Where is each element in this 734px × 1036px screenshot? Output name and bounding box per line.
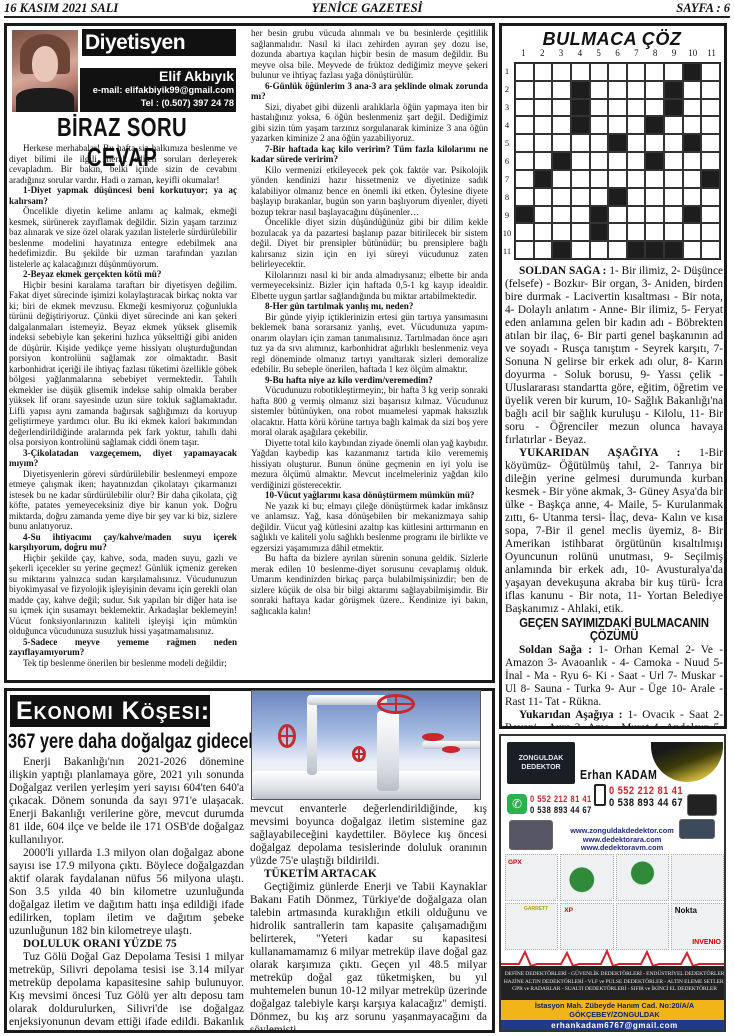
- crossword-cell[interactable]: [571, 223, 590, 241]
- crossword-cell[interactable]: [683, 81, 702, 99]
- paragraph: Vücudunuzu robotikleştirmeyin;, bir haft…: [251, 385, 488, 438]
- crossword-cell[interactable]: [590, 99, 609, 117]
- crossword-black-cell: [645, 152, 664, 170]
- section-title-diyetisyen: Diyetisyen Gözüyle:: [82, 29, 236, 56]
- issue-date: 16 KASIM 2021 SALI: [4, 1, 118, 16]
- crossword-cell[interactable]: [608, 116, 627, 134]
- crossword-black-cell: [683, 63, 702, 81]
- row-number: 8: [500, 192, 514, 202]
- author-name: Elif Akbıyık: [80, 68, 234, 84]
- gas-pipeline-photo: [251, 690, 481, 800]
- crossword-black-cell: [552, 152, 571, 170]
- crossword-grid[interactable]: [514, 62, 721, 260]
- crossword-cell[interactable]: [571, 134, 590, 152]
- crossword-cell[interactable]: [590, 134, 609, 152]
- pulse-line-decoration: [501, 948, 726, 968]
- paragraph: Tuz Gölü Doğal Gaz Depolama Tesisi 1 mil…: [9, 951, 244, 1031]
- crossword-cell[interactable]: [645, 188, 664, 206]
- crossword-cell[interactable]: [515, 241, 534, 259]
- treasure-hunter-illustration: [651, 742, 723, 782]
- product-gpr-cart: [616, 903, 669, 950]
- crossword-black-cell: [664, 241, 683, 259]
- whatsapp-icon: ✆: [507, 794, 527, 814]
- crossword-cell[interactable]: [627, 223, 646, 241]
- mobile-phone-icon: [594, 784, 606, 806]
- crossword-cell[interactable]: [683, 223, 702, 241]
- paragraph: Öncelikle diyet sizin düşündüğünüz gibi …: [251, 217, 488, 270]
- crossword-row-numbers: 1234567891011: [500, 62, 514, 260]
- crossword-cell[interactable]: [552, 116, 571, 134]
- crossword-cell[interactable]: [701, 134, 720, 152]
- crossword-black-cell: [608, 134, 627, 152]
- down-clues: 1-Bir köyümüz- Öğütülmüş tahıl, 2- Tanrı…: [505, 447, 723, 615]
- paragraph: Herkese merhabalar! Bu hafta siz halkımı…: [9, 143, 237, 185]
- column-number: 10: [683, 48, 702, 60]
- paragraph: mevcut envanterle değerlendirildiğinde, …: [250, 803, 487, 868]
- crossword-cell[interactable]: [701, 152, 720, 170]
- crossword-cell[interactable]: [627, 206, 646, 224]
- crossword-cell[interactable]: [534, 152, 553, 170]
- crossword-cell[interactable]: [552, 206, 571, 224]
- crossword-cell[interactable]: [552, 223, 571, 241]
- paragraph: Kilo vermenizi etkileyecek pek çok faktö…: [251, 165, 488, 218]
- crossword-black-cell: [515, 206, 534, 224]
- column-number: 1: [514, 48, 533, 60]
- subheading: TÜKETİM ARTACAK: [250, 868, 487, 881]
- economy-column-1: Enerji Bakanlığı'nın 2021-2026 dönemine …: [9, 756, 244, 1031]
- detector-device-image: [687, 794, 717, 816]
- row-number: 5: [500, 138, 514, 148]
- website-links: www.zonguldakdedektor.com www.dedektorar…: [557, 827, 687, 853]
- row-number: 1: [500, 66, 514, 76]
- subheading: DOLULUK ORANI YÜZDE 75: [9, 938, 244, 951]
- column-number: 3: [552, 48, 571, 60]
- crossword-cell[interactable]: [627, 134, 646, 152]
- question-heading: 10-Vücut yağlarımı kasa dönüştürmem mümk…: [251, 490, 488, 501]
- column-number: 9: [665, 48, 684, 60]
- crossword-cell[interactable]: [608, 152, 627, 170]
- crossword-cell[interactable]: [608, 81, 627, 99]
- advertiser-name: Erhan KADAM: [580, 768, 657, 782]
- crossword-cell[interactable]: [534, 63, 553, 81]
- solution-down-label: Yukarıdan Aşağıya :: [519, 709, 622, 721]
- address: İstasyon Mah. Zübeyde Hanım Cad. No:20/A…: [501, 1000, 726, 1020]
- down-label: YUKARIDAN AŞAĞIYA :: [519, 447, 680, 459]
- crossword-cell[interactable]: [664, 188, 683, 206]
- row-number: 11: [500, 246, 514, 256]
- paragraph: Öncelikle diyetin kelime anlamı aç kalma…: [9, 206, 237, 269]
- crossword-black-cell: [571, 99, 590, 117]
- paragraph: her besin grubu vücuda alınmalı ve bu be…: [251, 28, 488, 81]
- crossword-cell[interactable]: [515, 188, 534, 206]
- question-heading: 9-Bu hafta niye az kilo verdim/veremedim…: [251, 375, 488, 386]
- crossword-cell[interactable]: [534, 81, 553, 99]
- crossword-cell[interactable]: [515, 152, 534, 170]
- paragraph: Enerji Bakanlığı'nın 2021-2026 dönemine …: [9, 756, 244, 847]
- crossword-cell[interactable]: [571, 170, 590, 188]
- crossword-black-cell: [590, 223, 609, 241]
- author-photo: [12, 30, 78, 112]
- crossword-cell[interactable]: [552, 63, 571, 81]
- crossword-cell[interactable]: [664, 206, 683, 224]
- paragraph: Hiçbir şekilde çay, kahve, soda, maden s…: [9, 553, 237, 637]
- crossword-cell[interactable]: [571, 206, 590, 224]
- paragraph: Geçtiğimiz günlerde Enerji ve Tabii Kayn…: [250, 881, 487, 1031]
- crossword-cell[interactable]: [645, 63, 664, 81]
- row-number: 10: [500, 228, 514, 238]
- section-title-ekonomi: Ekonomi Köşesi:: [10, 695, 210, 727]
- paragraph: Hiçbir besini karalama taraftarı bir diy…: [9, 280, 237, 448]
- crossword-cell[interactable]: [664, 170, 683, 188]
- paragraph: Sizi, diyabet gibi düzenli aralıklarla ö…: [251, 102, 488, 144]
- crossword-cell[interactable]: [552, 81, 571, 99]
- paragraph: Diyetisyenlerin görevi sürdürülebilir be…: [9, 469, 237, 532]
- crossword-cell[interactable]: [534, 223, 553, 241]
- crossword-cell[interactable]: [683, 116, 702, 134]
- website-link[interactable]: www.dedektoravm.com: [557, 844, 687, 853]
- crossword-black-cell: [552, 241, 571, 259]
- crossword-cell[interactable]: [608, 241, 627, 259]
- column-number: 11: [702, 48, 721, 60]
- row-number: 9: [500, 210, 514, 220]
- crossword-cell[interactable]: [571, 188, 590, 206]
- crossword-cell[interactable]: [608, 99, 627, 117]
- crossword-cell[interactable]: [552, 99, 571, 117]
- crossword-cell[interactable]: [552, 170, 571, 188]
- crossword-cell[interactable]: [645, 134, 664, 152]
- column-number: 2: [533, 48, 552, 60]
- crossword-black-cell: [645, 116, 664, 134]
- crossword-cell[interactable]: [645, 99, 664, 117]
- services-list: DEFİNE DEDEKTÖRLERİ - GÜVENLİK DEDEKTÖRL…: [501, 966, 726, 1000]
- product-gold-pans: [560, 854, 613, 901]
- mobile-phone-black[interactable]: 0 538 893 44 67: [609, 797, 683, 809]
- crossword-cell[interactable]: [515, 170, 534, 188]
- crossword-cell[interactable]: [627, 188, 646, 206]
- crossword-cell[interactable]: [627, 170, 646, 188]
- column-number: 8: [646, 48, 665, 60]
- question-heading: 8-Her gün tartılmak yanlış mı, neden?: [251, 301, 488, 312]
- crossword-cell[interactable]: [534, 206, 553, 224]
- row-number: 4: [500, 120, 514, 130]
- crossword-cell[interactable]: [645, 223, 664, 241]
- detector-advertisement[interactable]: ZONGULDAK DEDEKTOR Erhan KADAM ✆ 0 552 2…: [499, 734, 726, 1032]
- crossword-cell[interactable]: [608, 63, 627, 81]
- row-number: 3: [500, 102, 514, 112]
- crossword-cell[interactable]: [701, 63, 720, 81]
- row-number: 7: [500, 174, 514, 184]
- crossword-black-cell: [608, 188, 627, 206]
- economy-headline: 367 yere daha doğalgaz gidecek: [8, 730, 242, 754]
- crossword-cell[interactable]: [627, 63, 646, 81]
- crossword-cell[interactable]: [664, 152, 683, 170]
- crossword-cell[interactable]: [590, 152, 609, 170]
- crossword-cell[interactable]: [627, 81, 646, 99]
- crossword-black-cell: [590, 206, 609, 224]
- crossword-cell[interactable]: [645, 206, 664, 224]
- crossword-cell[interactable]: [515, 134, 534, 152]
- author-phone: Tel : (0.507) 397 24 78: [80, 97, 234, 110]
- crossword-black-cell: [683, 134, 702, 152]
- crossword-cell[interactable]: [664, 116, 683, 134]
- crossword-column-numbers: 1234567891011: [514, 48, 721, 60]
- question-heading: 6-Günlük öğünlerim 3 ana-3 ara şeklinde …: [251, 81, 488, 102]
- crossword-black-cell: [571, 116, 590, 134]
- crossword-cell[interactable]: [664, 134, 683, 152]
- crossword-cell[interactable]: [590, 63, 609, 81]
- across-label: SOLDAN SAĞA :: [519, 265, 606, 277]
- detector-devices-image: [509, 820, 553, 850]
- crossword-cell[interactable]: [590, 116, 609, 134]
- row-number: 6: [500, 156, 514, 166]
- crossword-title: BULMACA ÇÖZ: [502, 29, 722, 50]
- crossword-cell[interactable]: [701, 241, 720, 259]
- diet-column-1: Herkese merhabalar! Bu hafta siz halkımı…: [9, 143, 237, 678]
- crossword-cell[interactable]: [664, 63, 683, 81]
- column-number: 4: [570, 48, 589, 60]
- crossword-cell[interactable]: [608, 223, 627, 241]
- crossword-black-cell: [571, 81, 590, 99]
- crossword-cell[interactable]: [683, 152, 702, 170]
- diet-column-2: her besin grubu vücuda alınmalı ve bu be…: [251, 28, 488, 678]
- crossword-cell[interactable]: [534, 241, 553, 259]
- zonguldak-dedektor-logo: ZONGULDAK DEDEKTOR: [507, 742, 575, 784]
- product-walkthrough: [671, 854, 724, 901]
- crossword-cell[interactable]: [515, 63, 534, 81]
- crossword-cell[interactable]: [571, 63, 590, 81]
- crossword-black-cell: [627, 241, 646, 259]
- crossword-cell[interactable]: [683, 241, 702, 259]
- mobile-phone-red[interactable]: 0 552 212 81 41: [609, 785, 683, 797]
- crossword-cell[interactable]: [664, 223, 683, 241]
- economy-column-2: mevcut envanterle değerlendirildiğinde, …: [250, 803, 487, 1031]
- paragraph: 2000'li yıllarda 1.3 milyon olan doğalga…: [9, 847, 244, 938]
- crossword-cell[interactable]: [701, 116, 720, 134]
- crossword-cell[interactable]: [701, 206, 720, 224]
- whatsapp-phone-black[interactable]: 0 538 893 44 67: [530, 805, 592, 815]
- crossword-cell[interactable]: [552, 134, 571, 152]
- product-xp: XP: [560, 903, 613, 950]
- crossword-cell[interactable]: [515, 99, 534, 117]
- question-heading: 2-Beyaz ekmek gerçekten kötü mü?: [9, 269, 237, 280]
- question-heading: 4-Su ihtiyacımı çay/kahve/maden suyu içe…: [9, 532, 237, 553]
- crossword-cell[interactable]: [590, 81, 609, 99]
- crossword-cell[interactable]: [515, 223, 534, 241]
- paragraph: Bu hafta da bizlere ayrılan sürenin sonu…: [251, 553, 488, 616]
- crossword-cell[interactable]: [515, 81, 534, 99]
- crossword-cell[interactable]: [645, 81, 664, 99]
- column-number: 6: [608, 48, 627, 60]
- product-garrett: GARRETT: [505, 903, 558, 950]
- crossword-cell[interactable]: [590, 188, 609, 206]
- across-clues: 1- Bir ilimiz, 2- Düşünce (felsefe) - Bo…: [505, 265, 723, 446]
- paragraph: Kilolarınızı nasıl ki bir anda almadıysa…: [251, 270, 488, 302]
- product-gpx: GPX: [505, 854, 558, 901]
- crossword-cell[interactable]: [552, 188, 571, 206]
- crossword-cell[interactable]: [608, 206, 627, 224]
- crossword-cell[interactable]: [590, 170, 609, 188]
- crossword-cell[interactable]: [683, 170, 702, 188]
- crossword-cell[interactable]: [701, 188, 720, 206]
- crossword-black-cell: [701, 170, 720, 188]
- column-number: 7: [627, 48, 646, 60]
- paragraph: Ne yazık ki bu; elmayı çileğe dönüştürme…: [251, 501, 488, 554]
- crossword-cell[interactable]: [683, 99, 702, 117]
- masthead: 16 KASIM 2021 SALI YENİCE GAZETESİ SAYFA…: [4, 0, 730, 18]
- paragraph: Tek tip beslenme önerilen bir beslenme m…: [9, 658, 237, 669]
- crossword-cell[interactable]: [627, 99, 646, 117]
- crossword-black-cell: [664, 81, 683, 99]
- solution-title: GEÇEN SAYIMIZDAKİ BULMACANIN ÇÖZÜMÜ: [516, 617, 712, 643]
- solution-across-label: Soldan Sağa :: [519, 644, 592, 656]
- product-gallery: GPX GARRETT XP NoktaINVENIO: [505, 854, 724, 950]
- crossword-cell[interactable]: [645, 170, 664, 188]
- crossword-cell[interactable]: [571, 152, 590, 170]
- crossword-cell[interactable]: [627, 152, 646, 170]
- product-nokta: NoktaINVENIO: [671, 903, 724, 950]
- author-email[interactable]: e-mail: elifakbiyik99@gmail.com: [80, 84, 234, 97]
- question-heading: 7-Bir haftada kaç kilo veririm? Tüm fazl…: [251, 144, 488, 165]
- crossword-cell[interactable]: [571, 241, 590, 259]
- question-heading: 5-Sadece meyve yememe rağmen neden zayıf…: [9, 637, 237, 658]
- crossword-black-cell: [645, 241, 664, 259]
- crossword-cell[interactable]: [701, 223, 720, 241]
- crossword-clues: SOLDAN SAĞA : 1- Bir ilimiz, 2- Düşünce …: [505, 265, 723, 727]
- crossword-cell[interactable]: [515, 116, 534, 134]
- crossword-cell[interactable]: [534, 116, 553, 134]
- crossword-black-cell: [683, 206, 702, 224]
- crossword-cell[interactable]: [534, 99, 553, 117]
- paragraph: Diyette total kilo kaybından ziyade önem…: [251, 438, 488, 491]
- crossword-cell[interactable]: [701, 81, 720, 99]
- crossword-cell[interactable]: [590, 241, 609, 259]
- advertiser-email[interactable]: erhankadam6767@gmail.com: [501, 1020, 726, 1032]
- question-heading: 3-Çikolatadan vazgeçemem, diyet yapamaya…: [9, 448, 237, 469]
- crossword-black-cell: [664, 99, 683, 117]
- crossword-cell[interactable]: [701, 99, 720, 117]
- crossword-cell[interactable]: [534, 188, 553, 206]
- author-info: Elif Akbıyık e-mail: elifakbiyik99@gmail…: [80, 68, 236, 112]
- crossword-black-cell: [534, 170, 553, 188]
- paragraph: Bir günde yiyip içtiklerinizin ertesi gü…: [251, 312, 488, 375]
- whatsapp-phone-red[interactable]: 0 552 212 81 41: [530, 794, 592, 804]
- product-gold-pans-green: [616, 854, 669, 901]
- row-number: 2: [500, 84, 514, 94]
- column-number: 5: [589, 48, 608, 60]
- page-number: SAYFA : 6: [676, 1, 730, 16]
- crossword-cell[interactable]: [608, 170, 627, 188]
- crossword-cell[interactable]: [534, 134, 553, 152]
- crossword-cell[interactable]: [683, 188, 702, 206]
- question-heading: 1-Diyet yapmak düşüncesi beni korkutuyor…: [9, 185, 237, 206]
- crossword-cell[interactable]: [627, 116, 646, 134]
